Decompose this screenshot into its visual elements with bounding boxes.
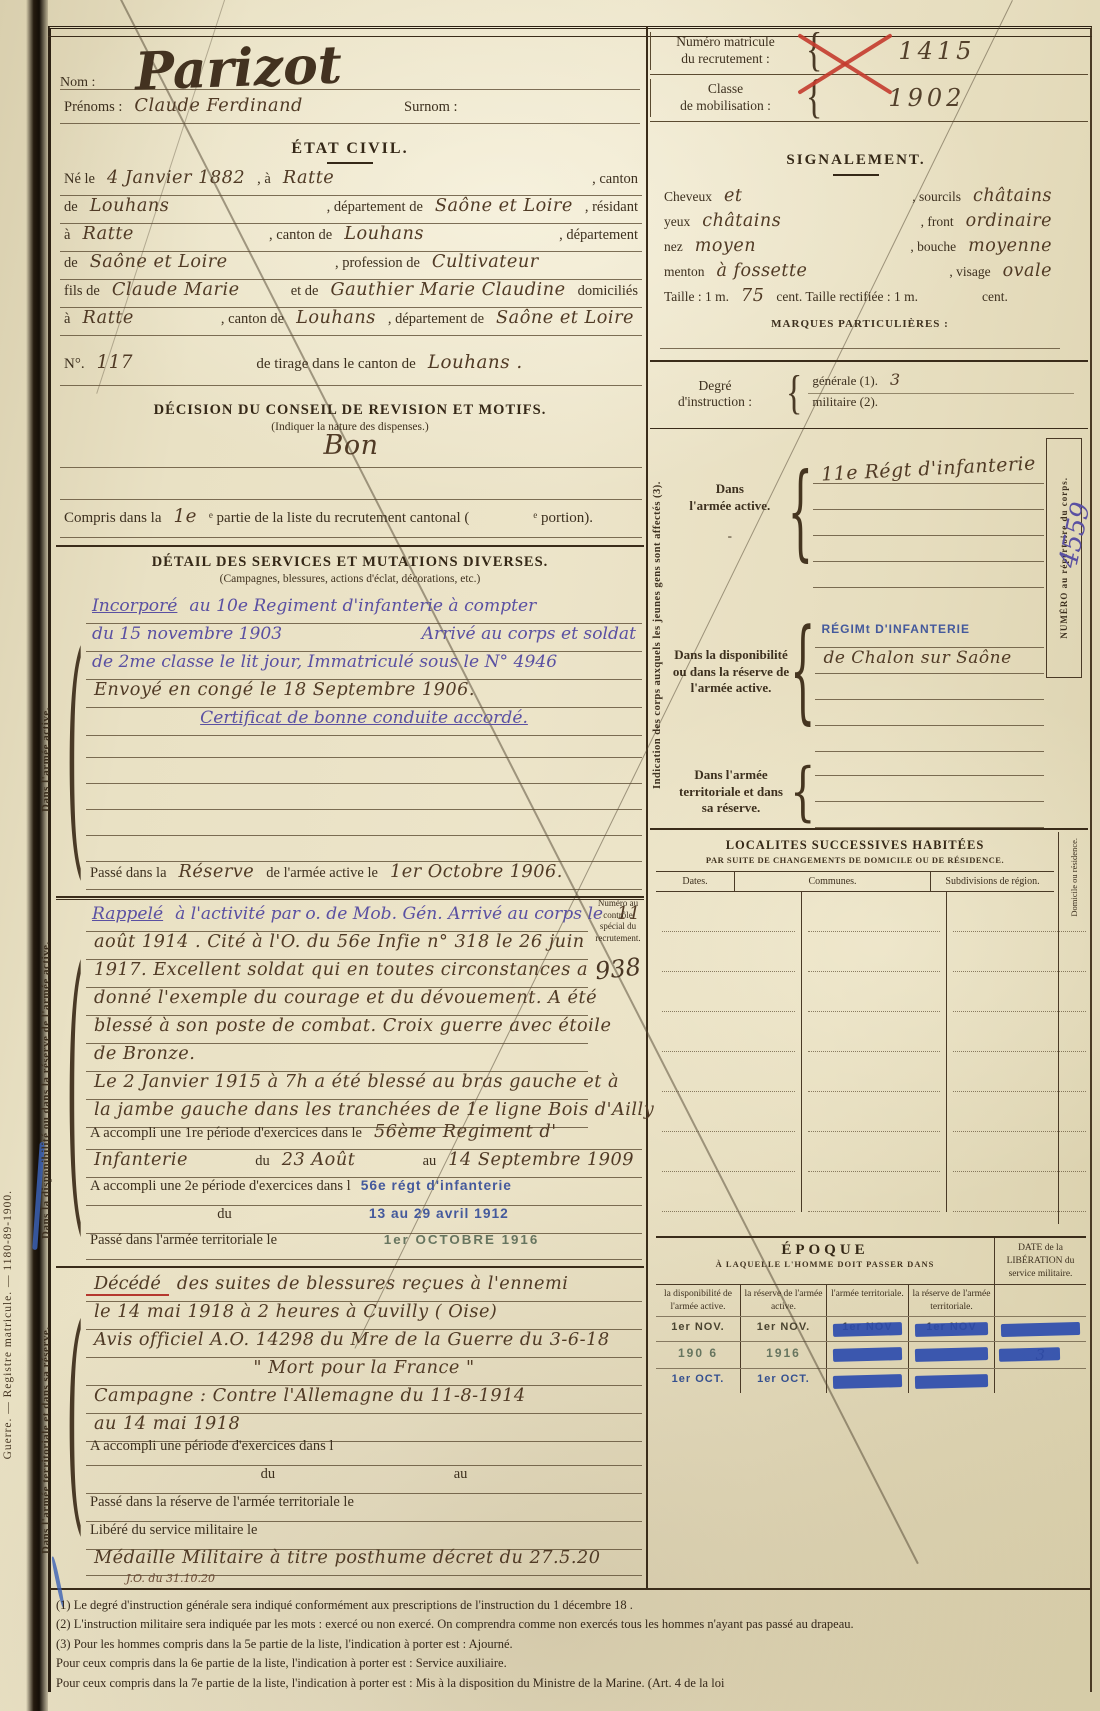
form-line: Taille : 1 m.75cent. Taille rectifiée : … (660, 286, 1060, 311)
form-line: Rappeléà l'activité par o. de Mob. Gén. … (86, 904, 588, 932)
section-brace: ( (66, 1276, 84, 1557)
text-line: (2) L'instruction militaire sera indiqué… (56, 1615, 1086, 1634)
section-rule (56, 545, 644, 547)
regiment-stamp-line2: de Chalon sur Saône (815, 648, 1019, 668)
degre-generale: générale (1).3 (808, 370, 1074, 394)
form-line: fils deClaude Marieet deGauthier Marie C… (60, 280, 642, 308)
decision-value: Bon (316, 430, 387, 461)
form-line: mentonà fossette, visageovale (660, 261, 1060, 286)
corps-armee-active: Dans l'armée active. - { 11e Régt d'infa… (672, 438, 1044, 588)
text-line (86, 784, 642, 810)
ink-redaction (833, 1374, 902, 1389)
localites-column-headers: Dates. Communes. Subdivisions de région. (656, 871, 1054, 892)
footnote-divider (50, 1588, 1090, 1590)
corps-territoriale: Dans l'armée territoriale et dans sa rés… (672, 756, 1044, 828)
footnotes: (1) Le degré d'instruction générale sera… (56, 1596, 1086, 1693)
section-rule (56, 1266, 644, 1268)
decision-title: DÉCISION DU CONSEIL DE REVISION ET MOTIF… (60, 402, 640, 419)
form-line: donné l'exemple du courage et du dévouem… (86, 988, 588, 1016)
form-line: àRatte, canton deLouhans, département de… (60, 308, 642, 336)
title-rule (833, 174, 879, 176)
services-subtitle: (Campagnes, blessures, actions d'éclat, … (60, 573, 640, 585)
epoque-row-1: 1er NOV. 1er NOV. 1er NOV 1er NOV (656, 1316, 1086, 1341)
corps-territoriale-lines (815, 756, 1044, 828)
form-line: duau (86, 1466, 642, 1494)
section-brace: ( (66, 906, 84, 1262)
localites-subtitle: PAR SUITE DE CHANGEMENTS DE DOMICILE OU … (656, 855, 1054, 865)
text-line: Pour ceux compris dans la 7e partie de l… (56, 1674, 1086, 1693)
form-line: Passé dans la réserve de l'armée territo… (86, 1494, 642, 1522)
corps-disponibilite: Dans la disponibilité ou dans la réserve… (672, 592, 1044, 752)
form-line: Libéré du service militaire le (86, 1522, 642, 1550)
epoque-subtitle: À LAQUELLE L'HOMME DOIT PASSER DANS (656, 1259, 994, 1269)
disponibilite-entries: Rappeléà l'activité par o. de Mob. Gén. … (86, 904, 588, 1128)
form-line: 1917. Excellent soldat qui en toutes cir… (86, 960, 588, 988)
signalement-block: Cheveuxet, sourcilschâtainsyeuxchâtains,… (660, 186, 1060, 311)
classe-row: Classede mobilisation : { 1902 (650, 75, 1088, 122)
form-line: àRatte, canton deLouhans, département (60, 224, 642, 252)
margin-label-armee-active: Dans l'armée active. (40, 660, 52, 860)
epoque-column-headers: la disponibilité de l'armée active. la r… (656, 1284, 1086, 1316)
signalement-title: SIGNALEMENT. (656, 152, 1056, 169)
classe-label: Classede mobilisation : (650, 79, 800, 117)
epoque-header: ÉPOQUE À LAQUELLE L'HOMME DOIT PASSER DA… (656, 1238, 1086, 1284)
localites-title: LOCALITES SUCCESSIVES HABITÉES (656, 838, 1054, 853)
column-divider (646, 26, 648, 1588)
services-blank-lines (86, 732, 642, 862)
ink-redaction (999, 1347, 1060, 1362)
form-line: A accompli une période d'exercices dans … (86, 1438, 642, 1466)
nom-value: Parizot (134, 34, 343, 102)
form-line: du 15 novembre 1903Arrivé au corps et so… (86, 624, 642, 652)
epoque-row-3: 1er OCT. 1er OCT. (656, 1368, 1086, 1393)
text-line (86, 836, 642, 862)
form-line: Envoyé en congé le 18 Septembre 1906. (86, 680, 642, 708)
form-line: Né le4 Janvier 1882, àRatte, canton (60, 168, 642, 196)
epoque-title: ÉPOQUE (656, 1242, 994, 1259)
text-line (86, 732, 642, 758)
matricule-box: Numéro matriculedu recrutement : { 1415 … (650, 28, 1088, 122)
form-line: Le 2 Janvier 1915 à 7h a été blessé au b… (86, 1072, 588, 1100)
localites-top-rule (650, 828, 1088, 830)
registre-matricule-page: Guerre. — Registre matricule. — 1180-89-… (0, 0, 1100, 1711)
form-line: Avis officiel A.O. 14298 du Mre de la Gu… (86, 1330, 642, 1358)
form-line: du13 au 29 avril 1912 (86, 1206, 642, 1234)
form-line: nezmoyen, bouchemoyenne (660, 236, 1060, 261)
ink-redaction (1001, 1322, 1080, 1337)
etat-civil-block: Né le4 Janvier 1882, àRatte, cantondeLou… (60, 168, 642, 336)
form-line: le 14 mai 1918 à 2 heures à Cuvilly ( Oi… (86, 1302, 642, 1330)
margin-label-territoriale: Dans l'armée territoriale et dans sa rés… (40, 1290, 52, 1590)
form-line: Campagne : Contre l'Allemagne du 11-8-19… (86, 1386, 642, 1414)
text-line: (1) Le degré d'instruction générale sera… (56, 1596, 1086, 1615)
prenoms-line: Prénoms :Claude FerdinandSurnom : (60, 96, 640, 124)
form-line: A accompli une 2e période d'exercices da… (86, 1178, 642, 1206)
controle-label: Numéro au contrôle spécial du recrutemen… (590, 898, 646, 945)
matricule-value: 1415 (898, 37, 975, 65)
matricule-row: Numéro matriculedu recrutement : { 1415 (650, 28, 1088, 75)
passe-territoriale-row: Passé dans l'armée territoriale le1er OC… (86, 1232, 642, 1260)
ink-redaction (915, 1322, 988, 1337)
form-line: blessé à son poste de combat. Croix guer… (86, 1016, 588, 1044)
blank-line (60, 478, 642, 500)
corps-armee-active-label: Dans l'armée active. - (672, 438, 788, 588)
text-line: Pour ceux compris dans la 6e partie de l… (56, 1654, 1086, 1673)
etat-civil-title: ÉTAT CIVIL. (60, 140, 640, 158)
blank-line (660, 348, 1060, 349)
matricule-label: Numéro matriculedu recrutement : (650, 32, 800, 70)
form-line: Incorporéau 10e Regiment d'infanterie à … (86, 596, 642, 624)
form-line: A accompli une 1re période d'exercices d… (86, 1122, 642, 1150)
corps-armee-active-value: 11e Régt d'infanterie (813, 452, 1045, 486)
periodes-exercices: A accompli une 1re période d'exercices d… (86, 1122, 642, 1234)
classe-value: 1902 (888, 84, 965, 112)
ink-redaction (915, 1374, 988, 1389)
text-line: (3) Pour les hommes compris dans la 5e p… (56, 1635, 1086, 1654)
form-line: août 1914 . Cité à l'O. du 56e Infie n° … (86, 932, 588, 960)
epoque-date-col-spacer (994, 1285, 1086, 1316)
corps-territoriale-label: Dans l'armée territoriale et dans sa rés… (672, 756, 790, 828)
form-line: yeuxchâtains, frontordinaire (660, 211, 1060, 236)
form-line: Infanteriedu23 Aoûtau14 Septembre 1909 (86, 1150, 642, 1178)
form-line: deSaône et Loire, profession deCultivate… (60, 252, 642, 280)
margin-label-disponibilite: Dans la disponibilité ou dans la réserve… (40, 940, 52, 1240)
localites-body (656, 892, 1054, 1212)
register-series-caption: Guerre. — Registre matricule. — 1180-89-… (2, 1190, 14, 1459)
services-entries: Incorporéau 10e Regiment d'infanterie à … (86, 596, 642, 736)
territoriale-entries: Décédédes suites de blessures reçues à l… (86, 1274, 642, 1442)
medaille-note: J.O. du 31.10.20 (126, 1572, 642, 1585)
section-rule (56, 896, 644, 900)
localites-table: LOCALITES SUCCESSIVES HABITÉES PAR SUITE… (656, 832, 1054, 1212)
corps-disponibilite-lines: RÉGIMt D'INFANTERIE de Chalon sur Saône (815, 592, 1044, 752)
prenoms-row: Prénoms :Claude FerdinandSurnom : (60, 96, 640, 124)
text-line (86, 758, 642, 784)
services-title: DÉTAIL DES SERVICES ET MUTATIONS DIVERSE… (60, 554, 640, 571)
epoque-table: ÉPOQUE À LAQUELLE L'HOMME DOIT PASSER DA… (656, 1236, 1086, 1393)
decision-value-line: Bon (60, 430, 642, 468)
form-line: de 2me classe le lit jour, Immatriculé s… (86, 652, 642, 680)
marques-label: MARQUES PARTICULIÈRES : (656, 318, 1064, 330)
title-rule (327, 162, 373, 164)
ink-redaction (915, 1347, 988, 1362)
corps-disponibilite-label: Dans la disponibilité ou dans la réserve… (672, 592, 790, 752)
form-line: Cheveuxet, sourcilschâtains (660, 186, 1060, 211)
degre-label: Degréd'instruction : (650, 378, 780, 410)
tirage-row: N°.117de tirage dans le canton deLouhans… (60, 352, 642, 386)
ink-redaction (833, 1322, 902, 1337)
corps-side-label: Indication des corps auxquels les jeunes… (652, 440, 663, 830)
localites-rows (656, 892, 1092, 1212)
epoque-date-header: DATE de la LIBÉRATION du service militai… (994, 1238, 1086, 1284)
form-line: Décédédes suites de blessures reçues à l… (86, 1274, 642, 1302)
passe-reserve-row: Passé dans laRéservede l'armée active le… (86, 862, 642, 890)
form-line: " Mort pour la France " (86, 1358, 642, 1386)
form-line: de Bronze. (86, 1044, 588, 1072)
compris-row: Compris dans la1eᵉ partie de la liste du… (60, 506, 642, 538)
degre-box: Degréd'instruction : { générale (1).3 mi… (650, 360, 1088, 429)
medaille-row: Médaille Militaire à titre posthume décr… (86, 1548, 642, 1585)
territoriale-printed: A accompli une période d'exercices dans … (86, 1438, 642, 1550)
domicile-strip: Domicile ou résidence. (1058, 832, 1088, 1224)
corps-armee-active-lines: 11e Régt d'infanterie (813, 438, 1044, 588)
controle-value: 938 (589, 952, 648, 986)
degre-militaire: militaire (2). (808, 394, 1074, 418)
section-brace: ( (66, 600, 84, 902)
nom-label: Nom : (60, 49, 95, 91)
nom-row: Nom : Parizot (60, 38, 640, 90)
text-line (86, 810, 642, 836)
form-line: deLouhans, département deSaône et Loire,… (60, 196, 642, 224)
epoque-row-2: 190 6 1916 3 (656, 1341, 1086, 1368)
ink-redaction (833, 1347, 902, 1362)
controle-special-box: Numéro au contrôle spécial du recrutemen… (590, 898, 646, 983)
regiment-stamp-line1: RÉGIMt D'INFANTERIE (815, 622, 976, 636)
domicile-strip-label: Domicile ou résidence. (1069, 838, 1079, 917)
